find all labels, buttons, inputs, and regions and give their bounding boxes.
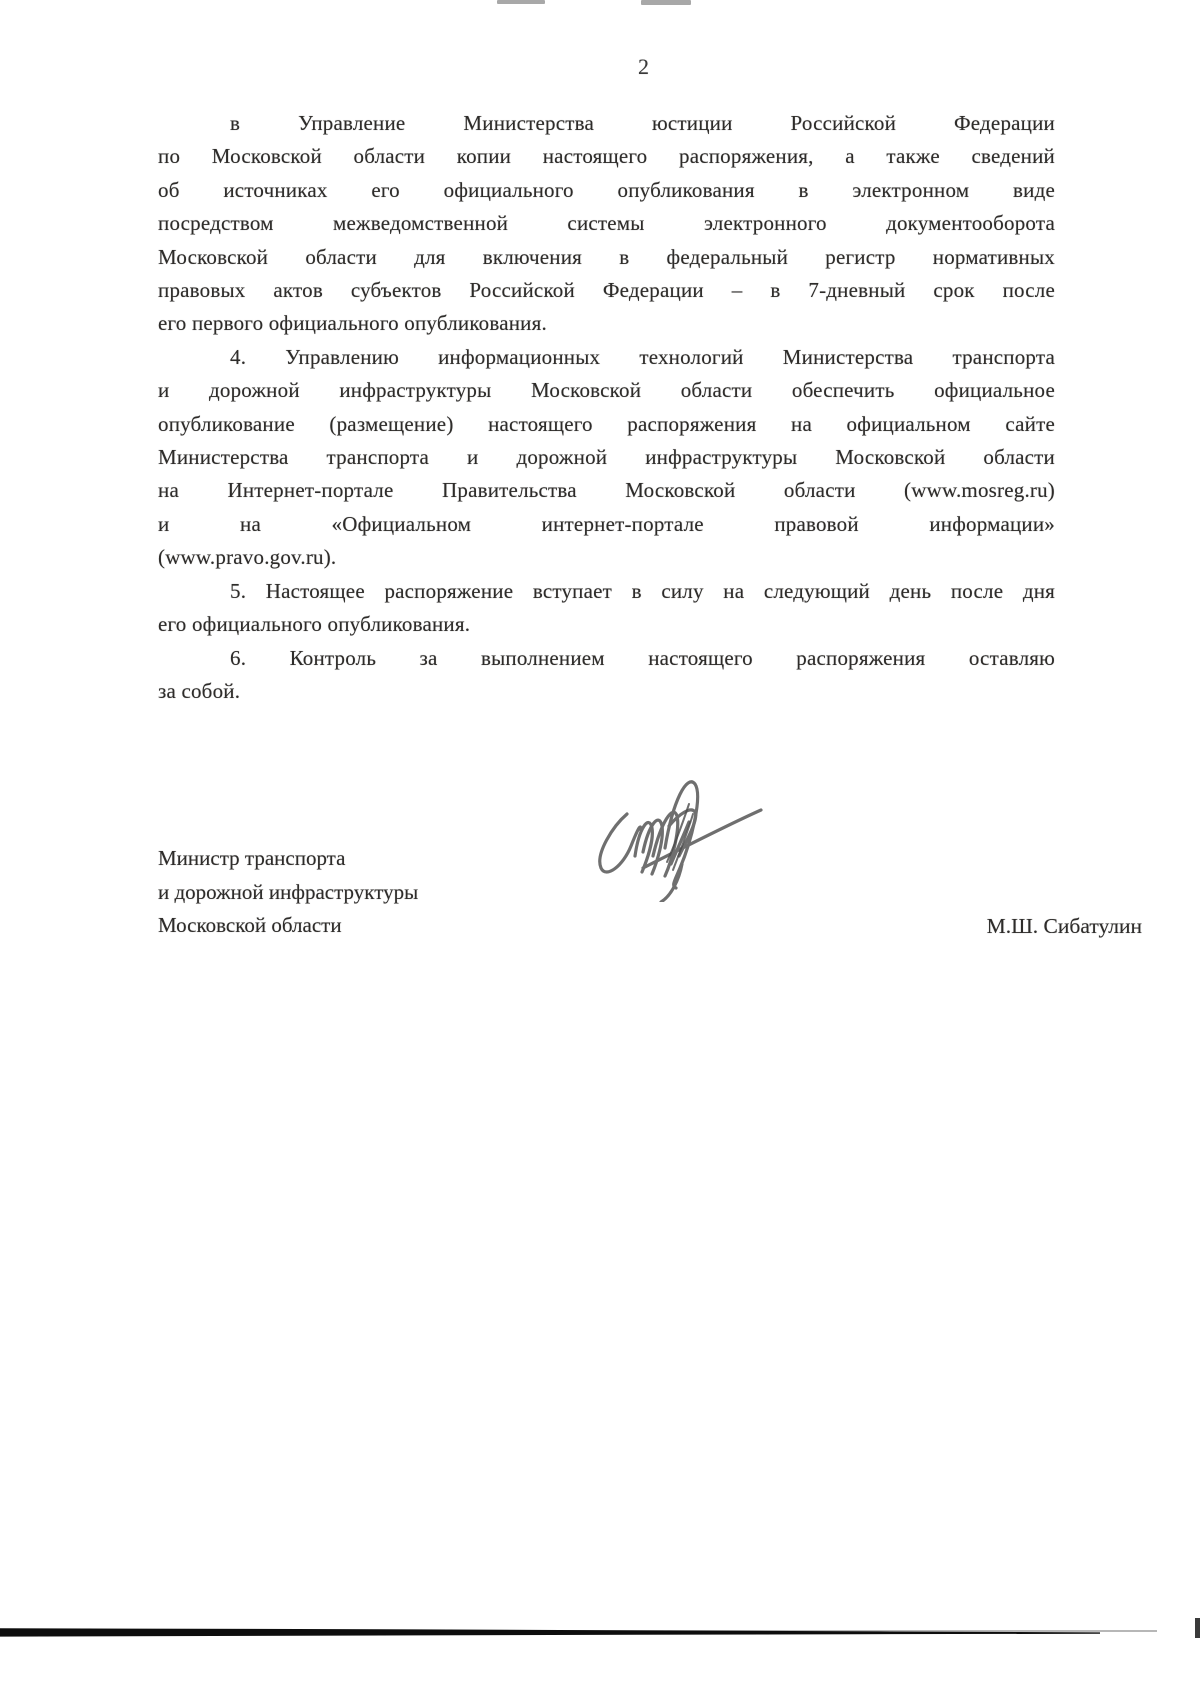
paragraph-item-5: 5. Настоящее распоряжение вступает в сил… [158, 575, 1055, 642]
text-line: на Интернет-портале Правительства Москов… [158, 474, 1055, 507]
text-line: по Московской области копии настоящего р… [158, 140, 1055, 173]
text-line: 5. Настоящее распоряжение вступает в сил… [158, 575, 1055, 608]
text-line: об источниках его официального опубликов… [158, 174, 1055, 207]
signatory-position-line: Московской области [158, 909, 418, 943]
text-line: 6. Контроль за выполнением настоящего ра… [158, 642, 1055, 675]
signatory-position-line: Министр транспорта [158, 842, 418, 876]
text-line: (www.pravo.gov.ru). [158, 541, 1055, 574]
signatory-position: Министр транспорта и дорожной инфраструк… [158, 842, 418, 943]
scan-artifact-top-right [641, 0, 691, 5]
text-line: за собой. [158, 675, 1055, 708]
scan-artifact-right-edge [1195, 1618, 1200, 1638]
document-page: 2 в Управление Министерства юстиции Росс… [0, 0, 1200, 1699]
signatory-name: М.Ш. Сибатулин [987, 914, 1142, 939]
page-number: 2 [638, 54, 649, 80]
handwritten-signature [583, 752, 763, 902]
text-line: посредством межведомственной системы эле… [158, 207, 1055, 240]
scan-artifact-top-left [497, 0, 545, 4]
signatory-position-line: и дорожной инфраструктуры [158, 876, 418, 910]
text-line: 4. Управлению информационных технологий … [158, 341, 1055, 374]
text-line: и дорожной инфраструктуры Московской обл… [158, 374, 1055, 407]
paragraph-item-6: 6. Контроль за выполнением настоящего ра… [158, 642, 1055, 709]
document-body: в Управление Министерства юстиции Россий… [158, 107, 1055, 708]
text-line: правовых актов субъектов Российской Феде… [158, 274, 1055, 307]
paragraph-item-3-continuation: в Управление Министерства юстиции Россий… [158, 107, 1055, 341]
text-line: Министерства транспорта и дорожной инфра… [158, 441, 1055, 474]
scan-artifact-bottom-line-black [0, 1627, 1100, 1637]
text-line: его первого официального опубликования. [158, 307, 1055, 340]
text-line: в Управление Министерства юстиции Россий… [158, 107, 1055, 140]
text-line: опубликование (размещение) настоящего ра… [158, 408, 1055, 441]
text-line: его официального опубликования. [158, 608, 1055, 641]
text-line: и на «Официальном интернет-портале право… [158, 508, 1055, 541]
paragraph-item-4: 4. Управлению информационных технологий … [158, 341, 1055, 575]
text-line: Московской области для включения в федер… [158, 241, 1055, 274]
